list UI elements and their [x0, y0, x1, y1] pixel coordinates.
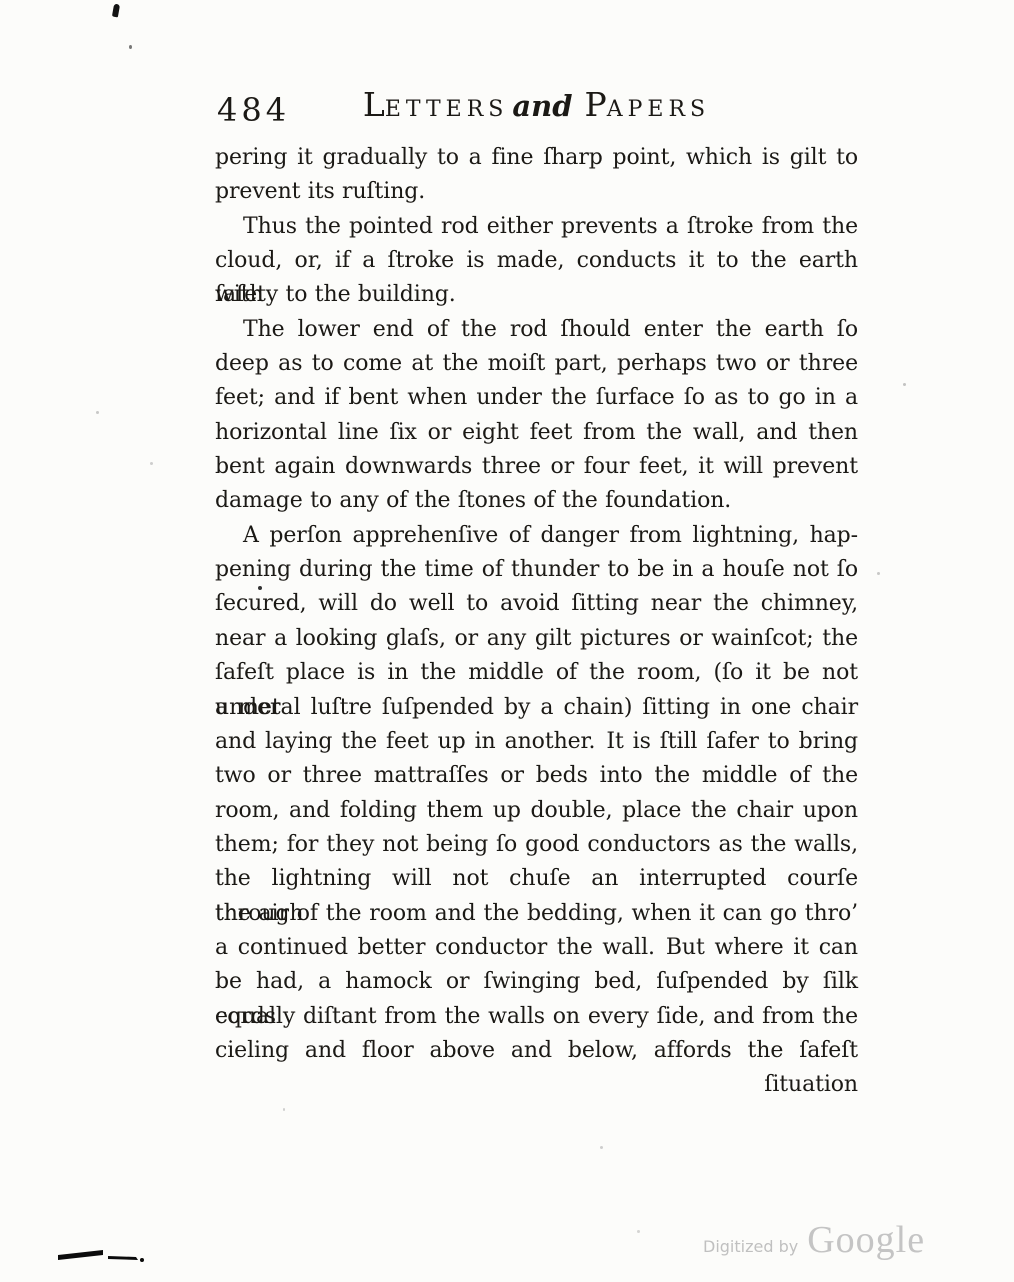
text-line: Thus the pointed rod either prevents a ſ… — [215, 210, 858, 244]
scan-speck — [150, 462, 153, 465]
scan-speck — [258, 586, 262, 590]
text-line: A perſon apprehenſive of danger from lig… — [215, 519, 858, 553]
text-line: a continued better conductor the wall. B… — [215, 931, 858, 965]
catchword: ſituation — [215, 1068, 858, 1102]
text-line: the air of the room and the bedding, whe… — [215, 897, 858, 931]
scan-speck — [877, 572, 880, 575]
text-line: bent again downwards three or four feet,… — [215, 450, 858, 484]
digitization-watermark: Digitized by Google — [703, 1218, 925, 1262]
title-initial-l: L — [363, 85, 385, 124]
text-line: them; for they not being ſo good conduct… — [215, 828, 858, 862]
text-line: The lower end of the rod ſhould enter th… — [215, 313, 858, 347]
title-papers: APERS — [607, 97, 710, 122]
text-line: room, and folding them up double, place … — [215, 794, 858, 828]
page-body-text: pering it gradually to a fine ſharp poin… — [215, 141, 858, 1103]
scan-speck — [903, 383, 906, 386]
text-line: be had, a hamock or ſwinging bed, ſuſpen… — [215, 965, 858, 999]
text-line: prevent its ruſting. — [215, 175, 858, 209]
scan-speck — [637, 1230, 640, 1233]
text-line: horizontal line ſix or eight feet from t… — [215, 416, 858, 450]
text-line: and laying the feet up in another. It is… — [215, 725, 858, 759]
text-line: ſecured, will do well to avoid ſitting n… — [215, 587, 858, 621]
text-line: equally diſtant from the walls on every … — [215, 1000, 858, 1034]
scan-speck — [129, 45, 132, 49]
text-line: near a looking glaſs, or any gilt pictur… — [215, 622, 858, 656]
watermark-prefix: Digitized by — [703, 1237, 798, 1256]
scan-speck — [600, 1146, 603, 1149]
text-line: two or three mattraſſes or beds into the… — [215, 759, 858, 793]
text-line: deep as to come at the moiſt part, perha… — [215, 347, 858, 381]
google-logo: Google — [807, 1218, 925, 1262]
ink-smudge-artifact — [58, 1248, 158, 1268]
running-title: LETTERSandPAPERS — [215, 88, 858, 121]
text-line: cieling and floor above and below, affor… — [215, 1034, 858, 1068]
title-and: and — [512, 89, 572, 123]
text-line: ſafety to the building. — [215, 278, 858, 312]
text-line: damage to any of the ſtones of the found… — [215, 484, 858, 518]
ink-smudge-shape — [58, 1248, 158, 1264]
text-line: the lightning will not chuſe an interrup… — [215, 862, 858, 896]
title-initial-p: P — [584, 85, 606, 124]
scan-speck — [96, 411, 99, 414]
text-line: a metal luſtre ſuſpended by a chain) ſit… — [215, 691, 858, 725]
running-head: 484 LETTERSandPAPERS — [215, 86, 858, 136]
scanned-book-page: 484 LETTERSandPAPERS pering it gradually… — [0, 0, 1014, 1282]
text-line: pering it gradually to a fine ſharp poin… — [215, 141, 858, 175]
text-line: feet; and if bent when under the ſurface… — [215, 381, 858, 415]
text-line: pening during the time of thunder to be … — [215, 553, 858, 587]
text-line: cloud, or, if a ſtroke is made, conducts… — [215, 244, 858, 278]
title-letters: ETTERS — [385, 97, 509, 122]
text-line: ſafeſt place is in the middle of the roo… — [215, 656, 858, 690]
scan-tick-artifact — [112, 4, 120, 18]
scan-speck — [283, 1108, 285, 1111]
